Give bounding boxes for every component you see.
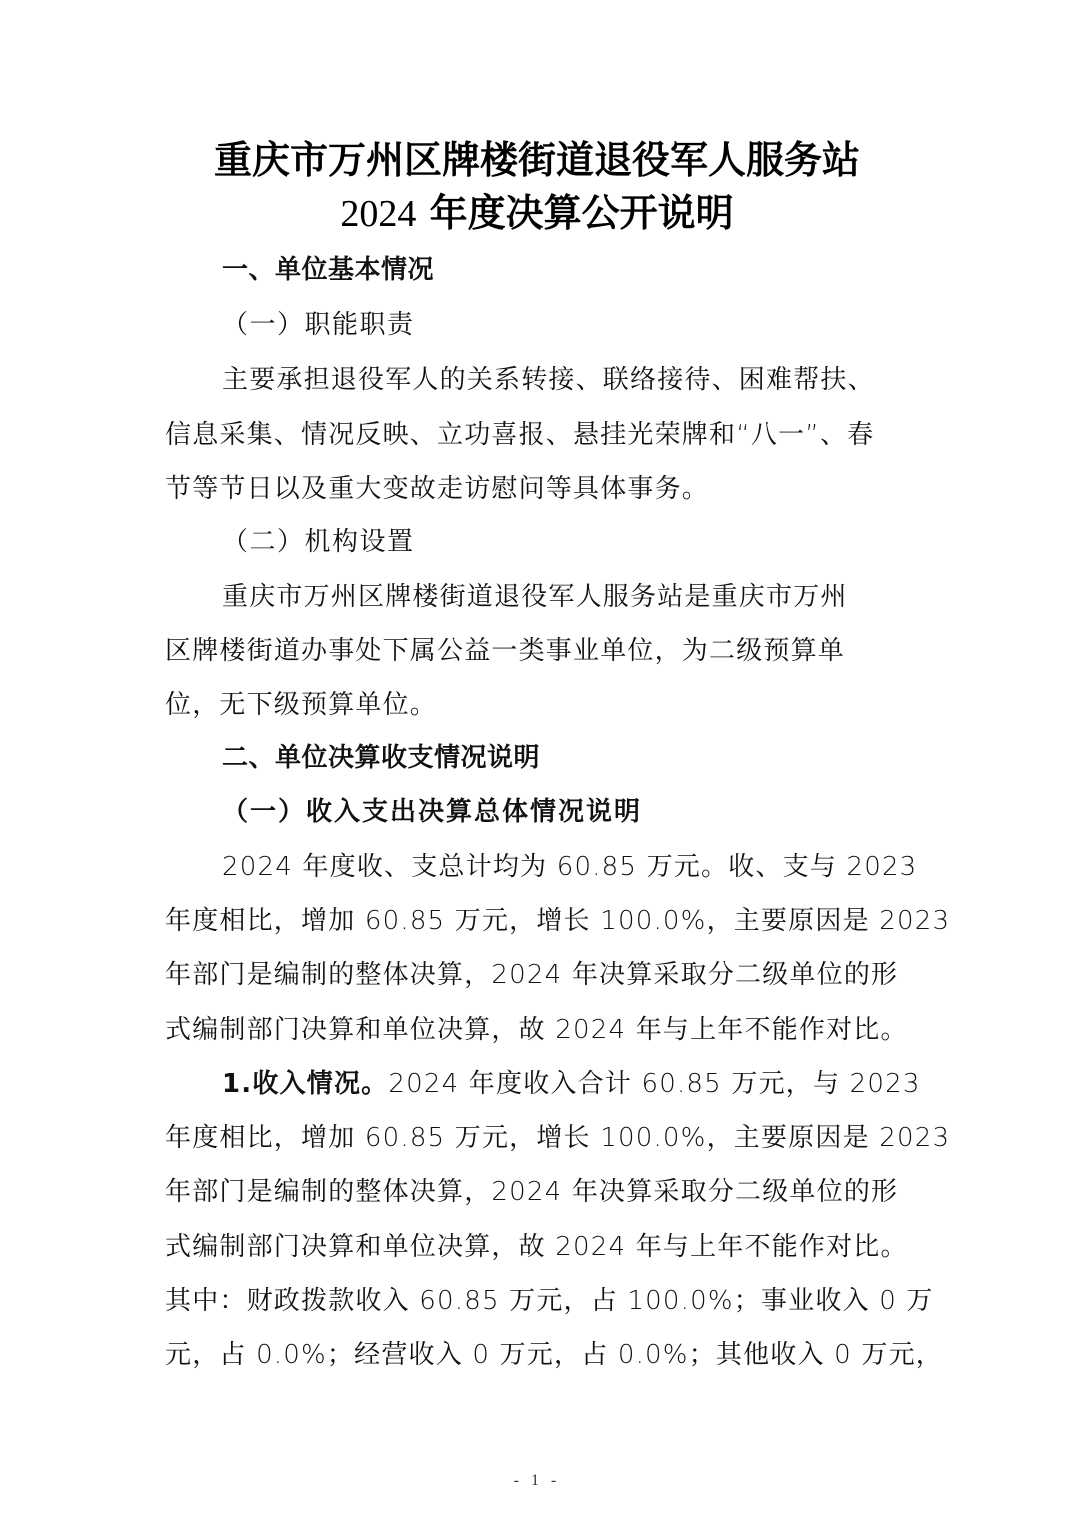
paragraph-line: 式编制部门决算和单位决算，故 2024 年与上年不能作对比。 bbox=[165, 1010, 915, 1050]
page-number: - 1 - bbox=[0, 1472, 1074, 1490]
section2-heading: 二、单位决算收支情况说明 bbox=[222, 738, 972, 778]
paragraph-line: 年部门是编制的整体决算，2024 年决算采取分二级单位的形 bbox=[165, 1172, 915, 1212]
income-paragraph-first-line: 1.收入情况。2024 年度收入合计 60.85 万元，与 2023 bbox=[222, 1064, 972, 1104]
income-lead: 1.收入情况。 bbox=[222, 1069, 388, 1099]
section1-sub2-heading: （二）机构设置 bbox=[222, 522, 972, 562]
paragraph-line: 年度相比，增加 60.85 万元，增长 100.0%，主要原因是 2023 bbox=[165, 1118, 915, 1158]
document-title-line1: 重庆市万州区牌楼街道退役军人服务站 bbox=[0, 135, 1074, 185]
paragraph-line: 节等节日以及重大变故走访慰问等具体事务。 bbox=[165, 469, 915, 509]
income-line-text: 2024 年度收入合计 60.85 万元，与 2023 bbox=[388, 1069, 920, 1099]
title-year: 2024 bbox=[340, 193, 416, 235]
paragraph-line: 年部门是编制的整体决算，2024 年决算采取分二级单位的形 bbox=[165, 955, 915, 995]
document-page: 重庆市万州区牌楼街道退役军人服务站 2024 年度决算公开说明 一、单位基本情况… bbox=[0, 0, 1074, 1520]
paragraph-line: 重庆市万州区牌楼街道退役军人服务站是重庆市万州 bbox=[222, 577, 972, 617]
paragraph-line: 主要承担退役军人的关系转接、联络接待、困难帮扶、 bbox=[222, 360, 972, 400]
paragraph-line: 年度相比，增加 60.85 万元，增长 100.0%，主要原因是 2023 bbox=[165, 901, 915, 941]
paragraph-line: 其中：财政拨款收入 60.85 万元，占 100.0%；事业收入 0 万 bbox=[165, 1281, 915, 1321]
section1-sub1-heading: （一）职能职责 bbox=[222, 305, 972, 345]
paragraph-line: 位，无下级预算单位。 bbox=[165, 685, 915, 725]
paragraph-line: 2024 年度收、支总计均为 60.85 万元。收、支与 2023 bbox=[222, 847, 972, 887]
section2-sub1-heading: （一）收入支出决算总体情况说明 bbox=[222, 792, 972, 832]
paragraph-line: 信息采集、情况反映、立功喜报、悬挂光荣牌和“八一”、春 bbox=[165, 415, 915, 455]
paragraph-line: 式编制部门决算和单位决算，故 2024 年与上年不能作对比。 bbox=[165, 1227, 915, 1267]
paragraph-line: 元，占 0.0%；经营收入 0 万元，占 0.0%；其他收入 0 万元， bbox=[165, 1335, 915, 1375]
section1-heading: 一、单位基本情况 bbox=[222, 250, 972, 290]
title-rest: 年度决算公开说明 bbox=[416, 190, 733, 235]
paragraph-line: 区牌楼街道办事处下属公益一类事业单位，为二级预算单 bbox=[165, 631, 915, 671]
document-title-line2: 2024 年度决算公开说明 bbox=[0, 188, 1074, 239]
